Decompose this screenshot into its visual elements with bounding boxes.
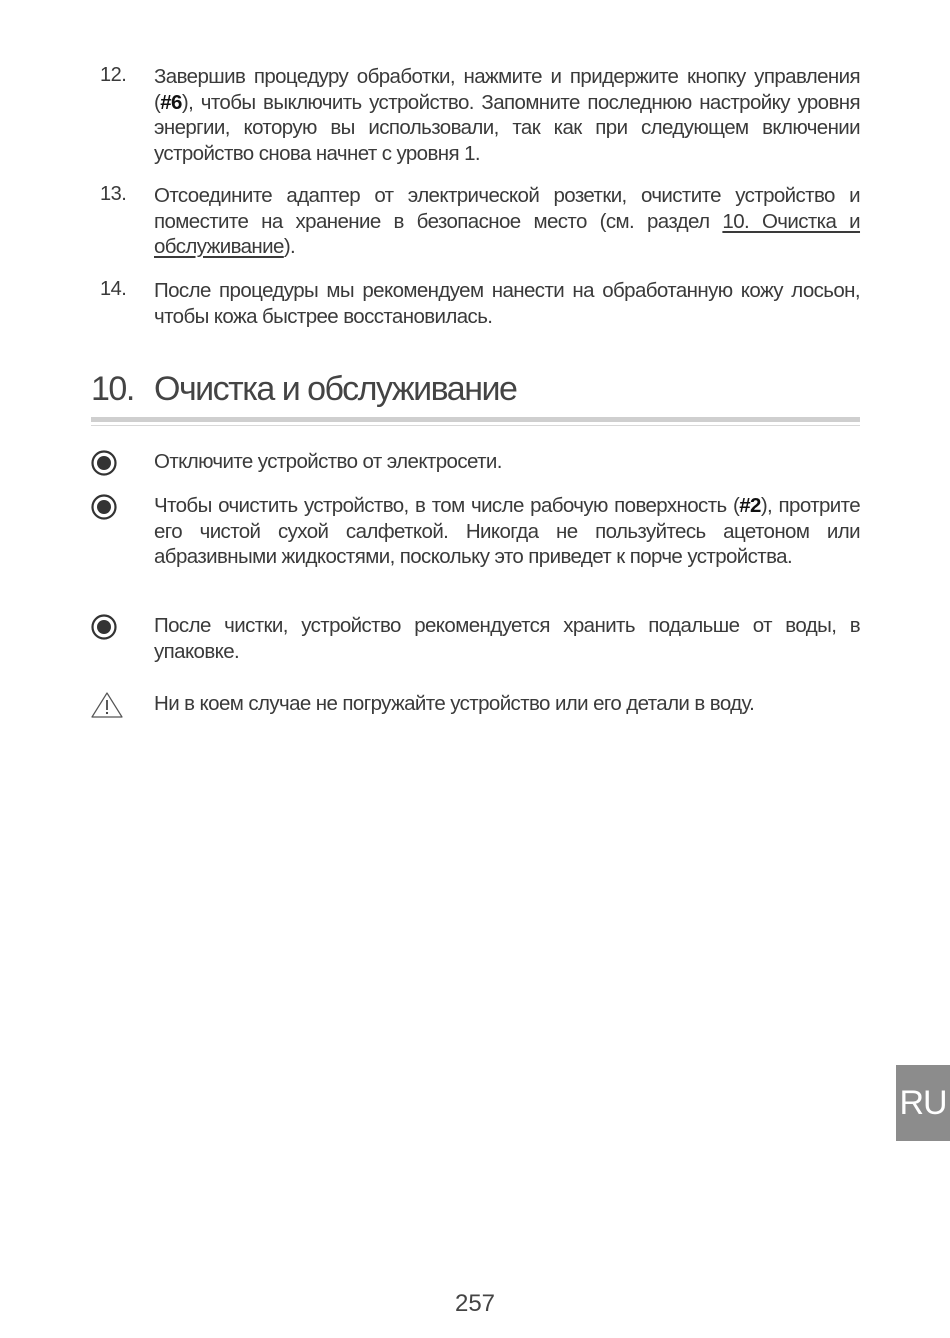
section-number: 10. — [91, 370, 134, 409]
step-12: 12. Завершив процедуру обработки, нажмит… — [100, 64, 860, 166]
bullet-text: После чистки, устройство рекомендуется х… — [154, 613, 860, 664]
bullet-item: После чистки, устройство рекомендуется х… — [90, 613, 860, 664]
radio-bullet-icon — [90, 493, 118, 521]
bullet-text: Отключите устройство от электросети. — [154, 449, 860, 475]
section-title: Очистка и обслуживание — [154, 370, 516, 409]
warning-item: Ни в коем случае не погружайте устройств… — [90, 691, 860, 717]
step-text: Отсоедините адаптер от электрической роз… — [154, 183, 860, 260]
radio-bullet-icon — [90, 613, 118, 641]
warning-triangle-icon — [90, 691, 124, 719]
control-button-ref: #6 — [160, 91, 182, 114]
step-14: 14. После процедуры мы рекомендуем нанес… — [100, 278, 860, 329]
step-number: 13. — [100, 183, 126, 206]
bullet-text: Чтобы очистить устройство, в том числе р… — [154, 493, 860, 570]
radio-bullet-icon — [90, 449, 118, 477]
step-text: После процедуры мы рекомендуем нанести н… — [154, 278, 860, 329]
bullet-text-part: Чтобы очистить устройство, в том числе р… — [154, 494, 739, 517]
step-text-part: ). — [284, 235, 295, 258]
step-text: Завершив процедуру обработки, нажмите и … — [154, 64, 860, 166]
step-number: 14. — [100, 278, 126, 301]
warning-text: Ни в коем случае не погружайте устройств… — [154, 691, 860, 717]
bullet-item: Отключите устройство от электросети. — [90, 449, 860, 475]
step-number: 12. — [100, 64, 126, 87]
heading-rule-thin — [91, 425, 860, 426]
language-tab: RU — [896, 1065, 950, 1141]
step-text-part: ), чтобы выключить устройство. Запомните… — [154, 91, 860, 165]
bullet-item: Чтобы очистить устройство, в том числе р… — [90, 493, 860, 570]
step-13: 13. Отсоедините адаптер от электрической… — [100, 183, 860, 260]
heading-rule — [91, 417, 860, 422]
page-number: 257 — [0, 1290, 950, 1318]
working-surface-ref: #2 — [739, 494, 761, 517]
